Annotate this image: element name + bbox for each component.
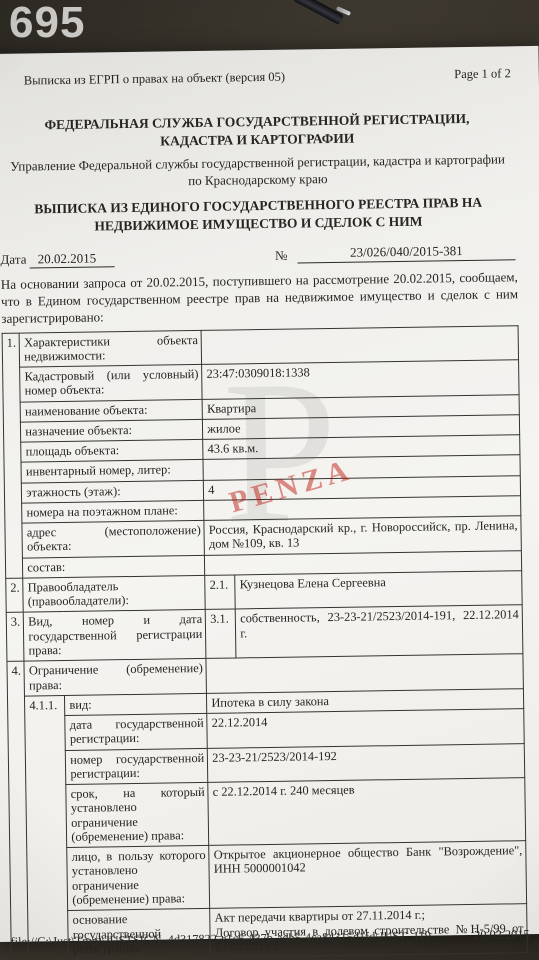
document-title: ВЫПИСКА ИЗ ЕДИНОГО ГОСУДАРСТВЕННОГО РЕЕС… — [28, 194, 489, 237]
number-label: № — [275, 247, 288, 263]
agency-branch: Управление Федеральной службы государств… — [3, 152, 512, 193]
page-indicator: Page 1 of 2 — [454, 66, 511, 82]
row-label: дата государственной регистрации: — [65, 713, 207, 750]
pen-icon — [293, 0, 344, 25]
row-label: этажность (этаж): — [22, 480, 204, 503]
row-value: Россия, Краснодарский кр., г. Новороссий… — [204, 516, 521, 555]
row-value — [201, 325, 518, 364]
row-number: 2. — [6, 578, 24, 613]
date-group: Дата 20.02.2015 — [0, 250, 114, 268]
row-label: Ограничение (обременение) права: — [24, 659, 206, 696]
page-content: Выписка из ЕГРП о правах на объект (верс… — [0, 66, 539, 960]
row-value — [206, 654, 523, 693]
intro-paragraph: На основании запроса от 20.02.2015, пост… — [1, 268, 519, 328]
row-value: Кузнецова Елена Сергеевна — [235, 571, 522, 610]
document-photo: 695 P PENZA Выписка из ЕГРП о правах на … — [0, 0, 539, 960]
footer-date: 20.02.2015 — [474, 927, 530, 943]
egrp-table-body: 1.Характеристики объекта недвижимости:Ка… — [2, 325, 527, 960]
table-row: лицо, в пользу которого установлено огра… — [10, 841, 527, 912]
number-value: 23/026/040/2015-381 — [297, 242, 515, 263]
agency-name: ФЕДЕРАЛЬНАЯ СЛУЖБА ГОСУДАРСТВЕННОЙ РЕГИС… — [14, 109, 499, 153]
row-label: наименование объекта: — [20, 399, 202, 422]
row-value: с 22.12.2014 г. 240 месяцев — [208, 778, 526, 846]
photo-corner-number: 695 — [9, 0, 85, 48]
date-number-row: Дата 20.02.2015 № 23/026/040/2015-381 — [0, 242, 517, 268]
row-label: Кадастровый (или условный) номер объекта… — [20, 364, 202, 401]
row-label: инвентарный номер, литер: — [21, 460, 203, 483]
date-label: Дата — [0, 251, 26, 266]
row-value: Открытое акционерное общество Банк "Возр… — [209, 841, 527, 909]
row-value-number: 2.1. — [205, 575, 236, 610]
row-sub-number: 4.1.1. — [25, 695, 69, 960]
row-label: адрес (местоположение) объекта: — [22, 521, 204, 558]
row-value: 23-23-21/2523/2014-192 — [208, 743, 525, 782]
row-label: вид: — [65, 693, 207, 715]
table-row: 3.Вид, номер и дата государственной реги… — [6, 605, 523, 661]
row-label: Правообладатель (правообладатели): — [23, 575, 205, 612]
row-label: назначение объекта: — [21, 419, 203, 442]
row-value: 23:47:0309018:1338 — [202, 360, 519, 399]
date-value: 20.02.2015 — [30, 250, 115, 268]
doc-type-line: Выписка из ЕГРП о правах на объект (верс… — [24, 70, 285, 89]
row-label: срок, на который установлено ограничение… — [66, 783, 209, 848]
row-label: состав: — [23, 555, 205, 578]
row-label: площадь объекта: — [21, 440, 203, 463]
row-number: 3. — [6, 613, 24, 662]
row-value: собственность, 23-23-21/2523/2014-191, 2… — [236, 605, 523, 658]
row-label: номер государственной регистрации: — [66, 748, 208, 785]
row-value: 22.12.2014 — [207, 709, 524, 748]
paper-sheet: P PENZA Выписка из ЕГРП о правах на объе… — [0, 46, 539, 942]
row-label: Вид, номер и дата государственной регист… — [24, 610, 207, 661]
row-value-number: 3.1. — [206, 609, 237, 658]
number-group: № 23/026/040/2015-381 — [275, 242, 516, 264]
row-label: лицо, в пользу которого установлено огра… — [67, 846, 210, 911]
page-head: Выписка из ЕГРП о правах на объект (верс… — [24, 66, 511, 88]
egrp-table: 1.Характеристики объекта недвижимости:Ка… — [2, 325, 528, 960]
row-label: номера на поэтажном плане: — [22, 500, 204, 523]
row-label: Характеристики объекта недвижимости: — [19, 330, 201, 367]
table-row: срок, на который установлено ограничение… — [9, 778, 526, 849]
